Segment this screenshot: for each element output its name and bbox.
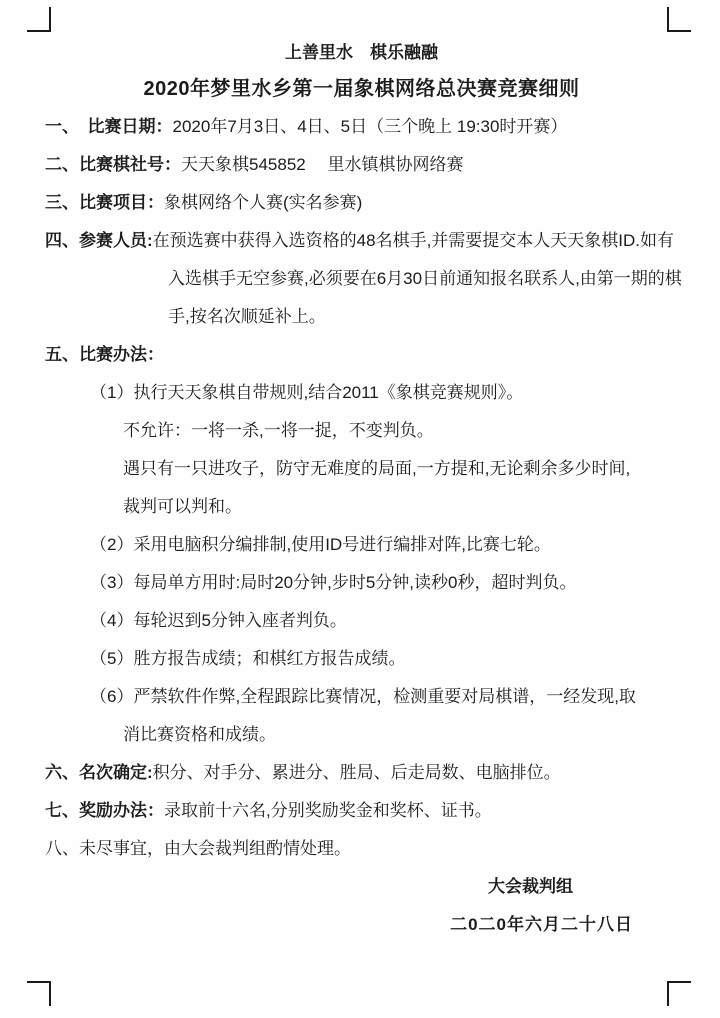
- item-methods-number: 五、: [45, 345, 79, 364]
- item-ranking: 六、名次确定:积分、对手分、累进分、胜局、后走局数、电脑排位。: [45, 754, 678, 792]
- item-participants-label: 参赛人员:: [79, 231, 153, 250]
- crop-mark-top-left: [27, 7, 51, 32]
- item-club-number-text: 天天象棋545852 里水镇棋协网络赛: [181, 155, 463, 174]
- method-3-number: （3）: [90, 573, 133, 592]
- item-event-label: 比赛项目：: [79, 193, 164, 212]
- document-page: 上善里水 棋乐融融 2020年梦里水乡第一届象棋网络总决赛竞赛细则 一、 比赛日…: [0, 0, 720, 1018]
- method-5: （5）胜方报告成绩；和棋红方报告成绩。: [45, 640, 678, 678]
- method-6-number: （6）: [90, 687, 133, 706]
- item-participants-line2: 入选棋手无空参赛,必须要在6月30日前通知报名联系人,由第一期的棋: [45, 260, 678, 298]
- item-methods-label: 比赛办法：: [79, 345, 164, 364]
- method-1-line4: 裁判可以判和。: [45, 488, 678, 526]
- item-ranking-number: 六、: [45, 763, 79, 782]
- document-subtitle: 2020年梦里水乡第一届象棋网络总决赛竞赛细则: [45, 70, 678, 108]
- item-participants-number: 四、: [45, 231, 79, 250]
- item-date-text: 2020年7月3日、4日、5日（三个晚上 19:30时开赛）: [173, 117, 568, 136]
- document-body: 上善里水 棋乐融融 2020年梦里水乡第一届象棋网络总决赛竞赛细则 一、 比赛日…: [45, 36, 678, 944]
- item-misc-text: 未尽事宜，由大会裁判组酌情处理。: [79, 839, 351, 858]
- method-3: （3）每局单方用时:局时20分钟,步时5分钟,读秒0秒，超时判负。: [45, 564, 678, 602]
- item-participants-line3: 手,按名次顺延补上。: [45, 298, 678, 336]
- item-awards: 七、奖励办法：录取前十六名,分别奖励奖金和奖杯、证书。: [45, 792, 678, 830]
- crop-mark-bottom-right: [667, 981, 691, 1006]
- method-3-text: 每局单方用时:局时20分钟,步时5分钟,读秒0秒，超时判负。: [133, 573, 576, 592]
- method-1-line3: 遇只有一只进攻子，防守无难度的局面,一方提和,无论剩余多少时间,: [45, 450, 678, 488]
- method-5-text: 胜方报告成绩；和棋红方报告成绩。: [133, 649, 405, 668]
- method-2: （2）采用电脑积分编排制,使用ID号进行编排对阵,比赛七轮。: [45, 526, 678, 564]
- signature-name: 大会裁判组: [45, 868, 678, 906]
- item-methods-heading: 五、比赛办法：: [45, 336, 678, 374]
- item-awards-number: 七、: [45, 801, 79, 820]
- method-6-line1: （6）严禁软件作弊,全程跟踪比赛情况，检测重要对局棋谱，一经发现,取: [45, 678, 678, 716]
- item-event-number: 三、: [45, 193, 79, 212]
- method-1-line1: （1）执行天天象棋自带规则,结合2011《象棋竞赛规则》。: [45, 374, 678, 412]
- item-event-text: 象棋网络个人赛(实名参赛): [164, 193, 362, 212]
- item-awards-label: 奖励办法：: [79, 801, 164, 820]
- item-date-number: 一、: [45, 117, 88, 136]
- crop-mark-top-right: [667, 7, 691, 32]
- method-5-number: （5）: [90, 649, 133, 668]
- method-4-number: （4）: [90, 611, 133, 630]
- item-event: 三、比赛项目：象棋网络个人赛(实名参赛): [45, 184, 678, 222]
- item-ranking-label: 名次确定:: [79, 763, 153, 782]
- method-1-line2: 不允许：一将一杀,一将一捉，不变判负。: [45, 412, 678, 450]
- signature-date: 二0二0年六月二十八日: [45, 906, 678, 944]
- item-club-number-number: 二、: [45, 155, 79, 174]
- item-date-label: 比赛日期：: [88, 117, 173, 136]
- method-2-number: （2）: [90, 535, 133, 554]
- item-misc-number: 八、: [45, 839, 79, 858]
- method-6-text1: 严禁软件作弊,全程跟踪比赛情况，检测重要对局棋谱，一经发现,取: [133, 687, 635, 706]
- item-ranking-text: 积分、对手分、累进分、胜局、后走局数、电脑排位。: [153, 763, 561, 782]
- method-4: （4）每轮迟到5分钟入座者判负。: [45, 602, 678, 640]
- item-misc: 八、未尽事宜，由大会裁判组酌情处理。: [45, 830, 678, 868]
- method-2-text: 采用电脑积分编排制,使用ID号进行编排对阵,比赛七轮。: [133, 535, 550, 554]
- method-4-text: 每轮迟到5分钟入座者判负。: [133, 611, 346, 630]
- item-club-number-label: 比赛棋社号：: [79, 155, 181, 174]
- method-6-line2: 消比赛资格和成绩。: [45, 716, 678, 754]
- crop-mark-bottom-left: [27, 981, 51, 1006]
- item-date: 一、 比赛日期：2020年7月3日、4日、5日（三个晚上 19:30时开赛）: [45, 108, 678, 146]
- item-participants-text1: 在预选赛中获得入选资格的48名棋手,并需要提交本人天天象棋ID.如有: [153, 231, 674, 250]
- document-title: 上善里水 棋乐融融: [45, 36, 678, 70]
- method-1-text1: 执行天天象棋自带规则,结合2011《象棋竞赛规则》。: [133, 383, 523, 402]
- item-club-number: 二、比赛棋社号：天天象棋545852 里水镇棋协网络赛: [45, 146, 678, 184]
- item-awards-text: 录取前十六名,分别奖励奖金和奖杯、证书。: [164, 801, 492, 820]
- item-participants-line1: 四、参赛人员:在预选赛中获得入选资格的48名棋手,并需要提交本人天天象棋ID.如…: [45, 222, 678, 260]
- method-1-number: （1）: [90, 383, 133, 402]
